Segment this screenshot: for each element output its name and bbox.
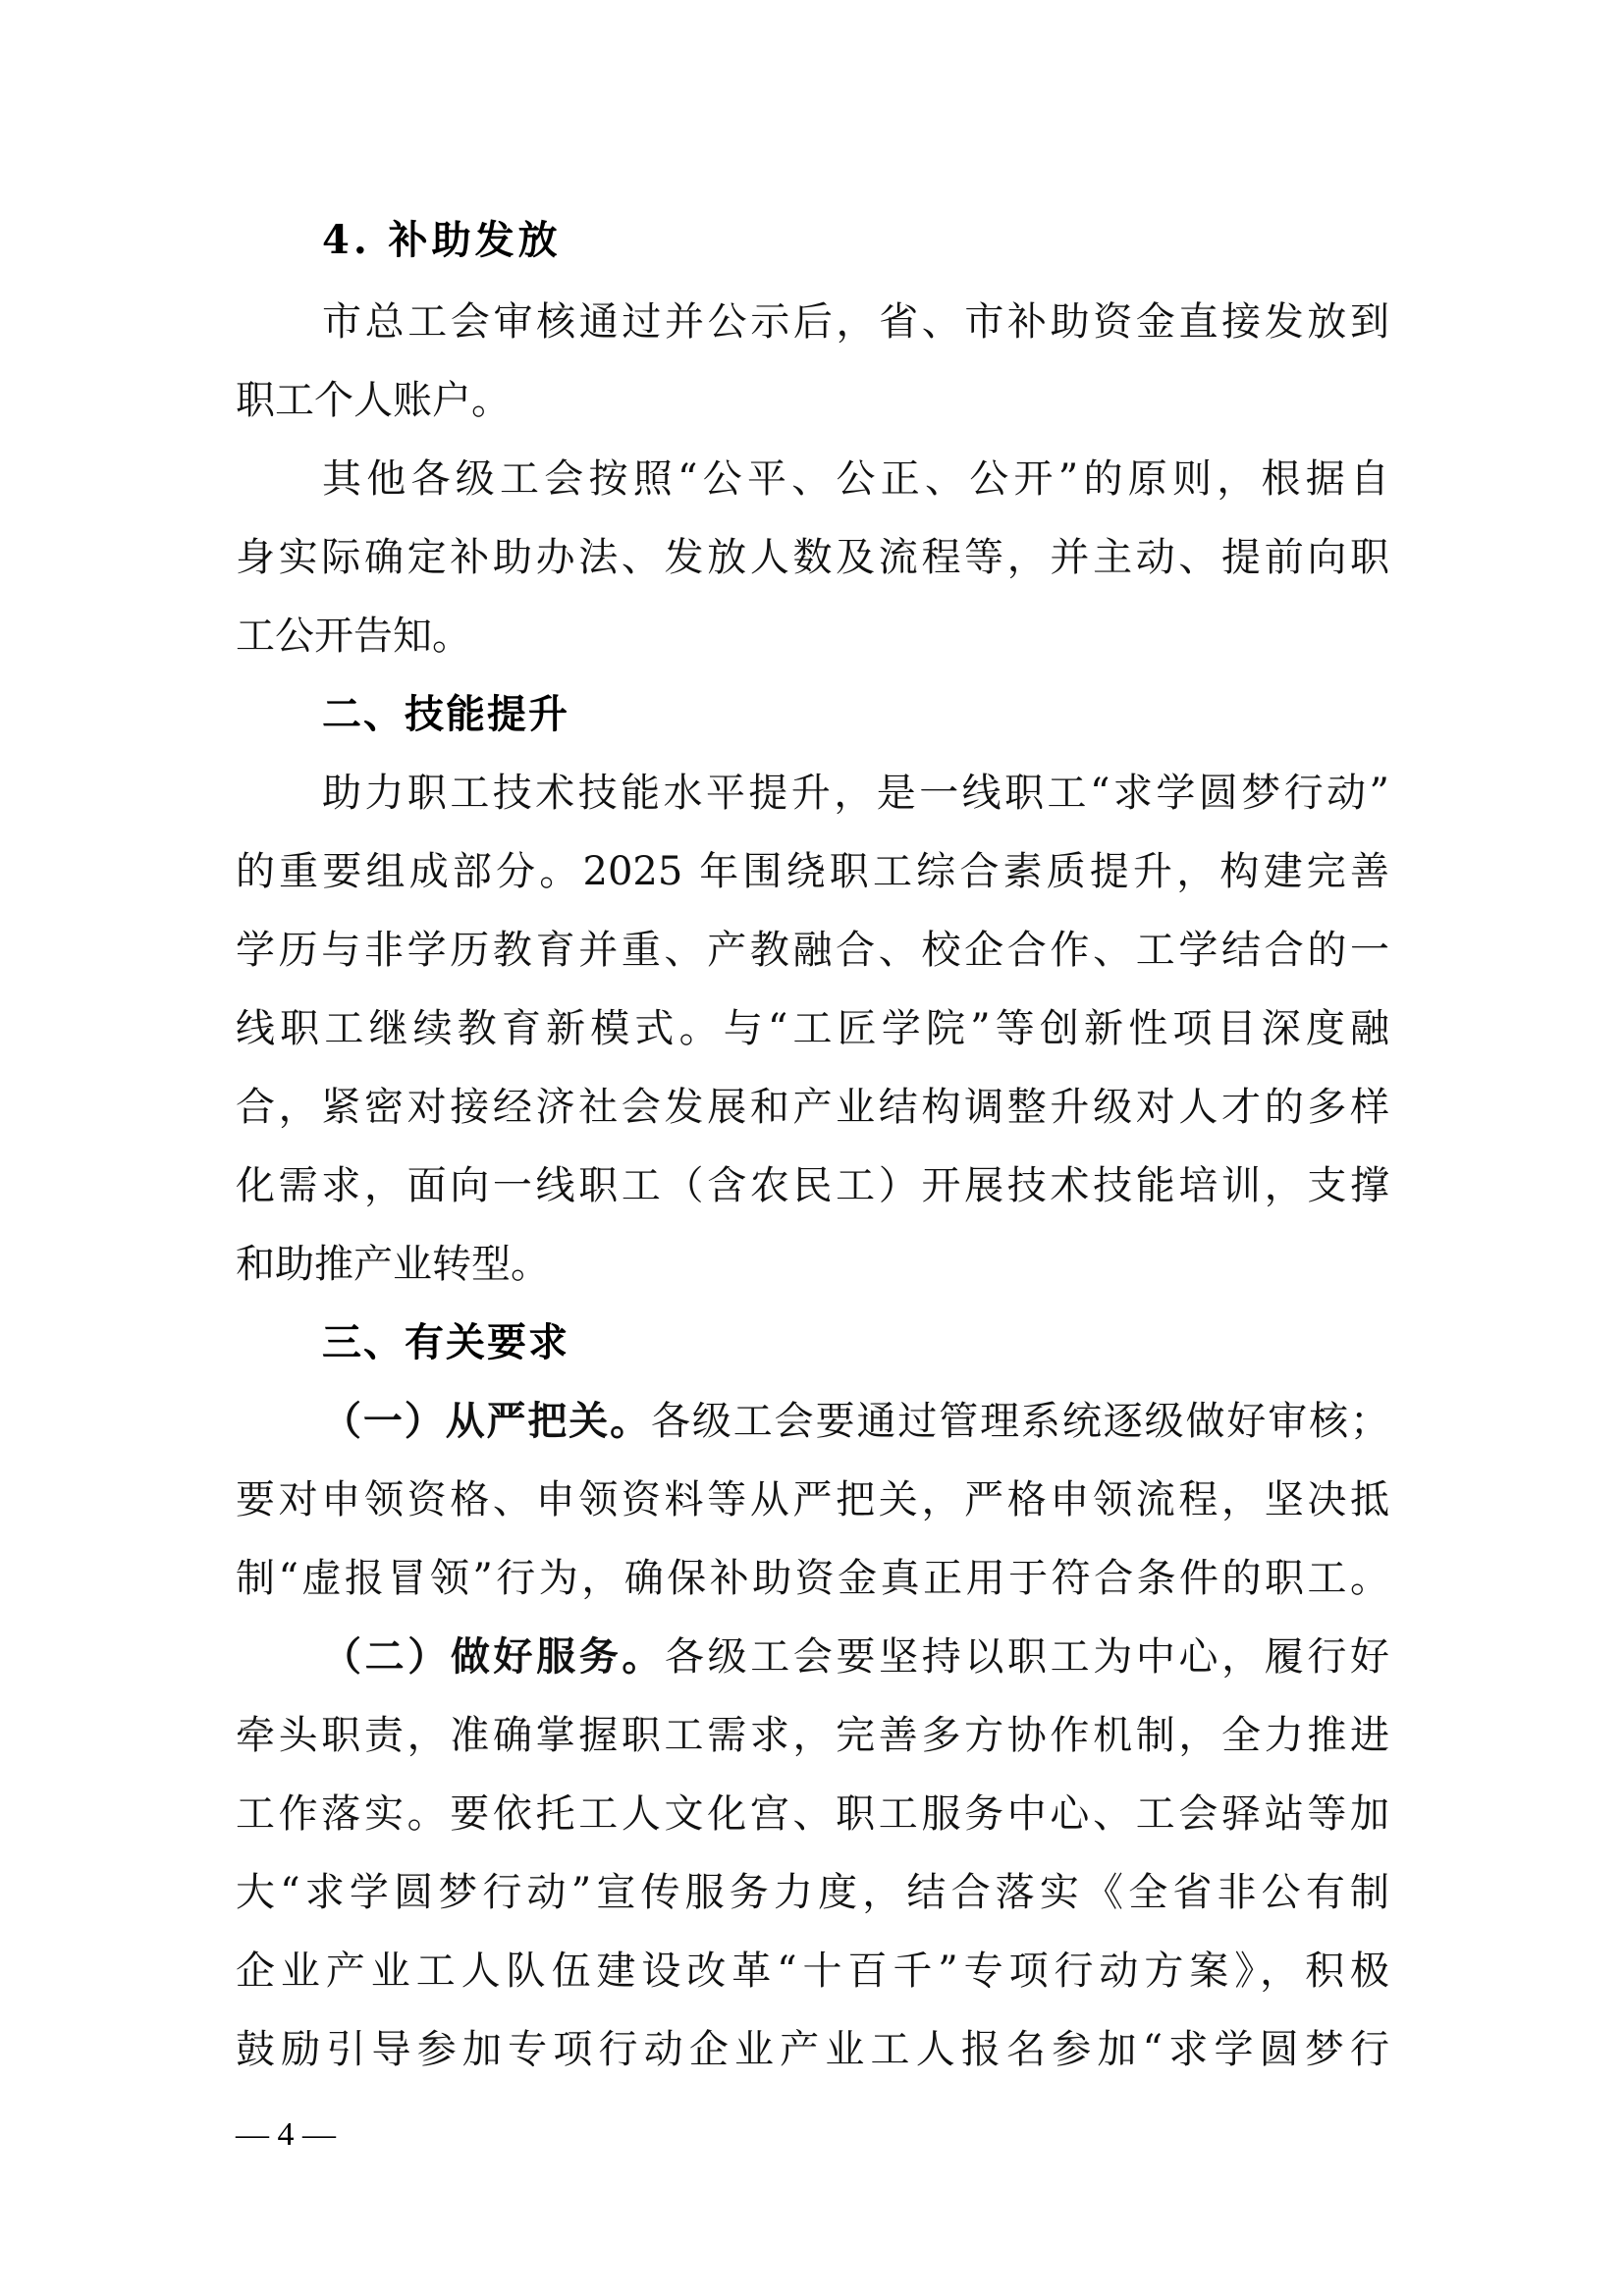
requirement-item-1-lead: （一）从严把关。 (322, 1399, 651, 1444)
paragraph-line: 化需求，面向一线职工（含农民工）开展技术技能培训，支撑 (236, 1156, 1389, 1215)
page-number: — 4 — (236, 2110, 336, 2160)
requirement-item-2-text: 各级工会要坚持以职工为中心，履行好 (665, 1634, 1389, 1680)
paragraph-line: 工作落实。要依托工人文化宫、职工服务中心、工会驿站等加 (236, 1785, 1389, 1843)
paragraph-line: 和助推产业转型。 (236, 1235, 1389, 1294)
paragraph-line: 的重要组成部分。2025 年围绕职工综合素质提升，构建完善 (236, 842, 1389, 901)
paragraph-line: 鼓励引导参加专项行动企业产业工人报名参加“求学圆梦行 (236, 2020, 1389, 2079)
section-heading-skills: 二、技能提升 (322, 685, 569, 744)
paragraph-line: 职工个人账户。 (236, 371, 1389, 430)
paragraph-line: 学历与非学历教育并重、产教融合、校企合作、工学结合的一 (236, 921, 1389, 980)
requirement-item-1-first-line: （一）从严把关。各级工会要通过管理系统逐级做好审核； (322, 1392, 1389, 1451)
subsection-heading-subsidy: 4. 补助发放 (322, 211, 562, 270)
paragraph-line: 要对申领资格、申领资料等从严把关，严格申领流程，坚决抵 (236, 1470, 1389, 1529)
document-page: 4. 补助发放 市总工会审核通过并公示后，省、市补助资金直接发放到 职工个人账户… (0, 0, 1624, 2296)
requirement-item-2-first-line: （二）做好服务。各级工会要坚持以职工为中心，履行好 (322, 1628, 1389, 1686)
paragraph-line: 工公开告知。 (236, 607, 1389, 666)
paragraph-line: 制“虚报冒领”行为，确保补助资金真正用于符合条件的职工。 (236, 1549, 1389, 1608)
paragraph-line: 合，紧密对接经济社会发展和产业结构调整升级对人才的多样 (236, 1078, 1389, 1137)
paragraph-line: 线职工继续教育新模式。与“工匠学院”等创新性项目深度融 (236, 999, 1389, 1058)
requirement-item-1-text: 各级工会要通过管理系统逐级做好审核； (651, 1399, 1389, 1444)
paragraph-line: 其他各级工会按照“公平、公正、公开”的原则，根据自 (322, 450, 1389, 508)
paragraph-line: 助力职工技术技能水平提升，是一线职工“求学圆梦行动” (322, 764, 1389, 823)
paragraph-line: 牵头职责，准确掌握职工需求，完善多方协作机制，全力推进 (236, 1706, 1389, 1765)
paragraph-line: 企业产业工人队伍建设改革“十百千”专项行动方案》，积极 (236, 1942, 1389, 2001)
paragraph-line: 大“求学圆梦行动”宣传服务力度，结合落实《全省非公有制 (236, 1863, 1389, 1922)
section-heading-requirements: 三、有关要求 (322, 1313, 569, 1372)
requirement-item-2-lead: （二）做好服务。 (322, 1634, 665, 1680)
paragraph-line: 身实际确定补助办法、发放人数及流程等，并主动、提前向职 (236, 528, 1389, 587)
paragraph-line: 市总工会审核通过并公示后，省、市补助资金直接发放到 (322, 293, 1389, 351)
